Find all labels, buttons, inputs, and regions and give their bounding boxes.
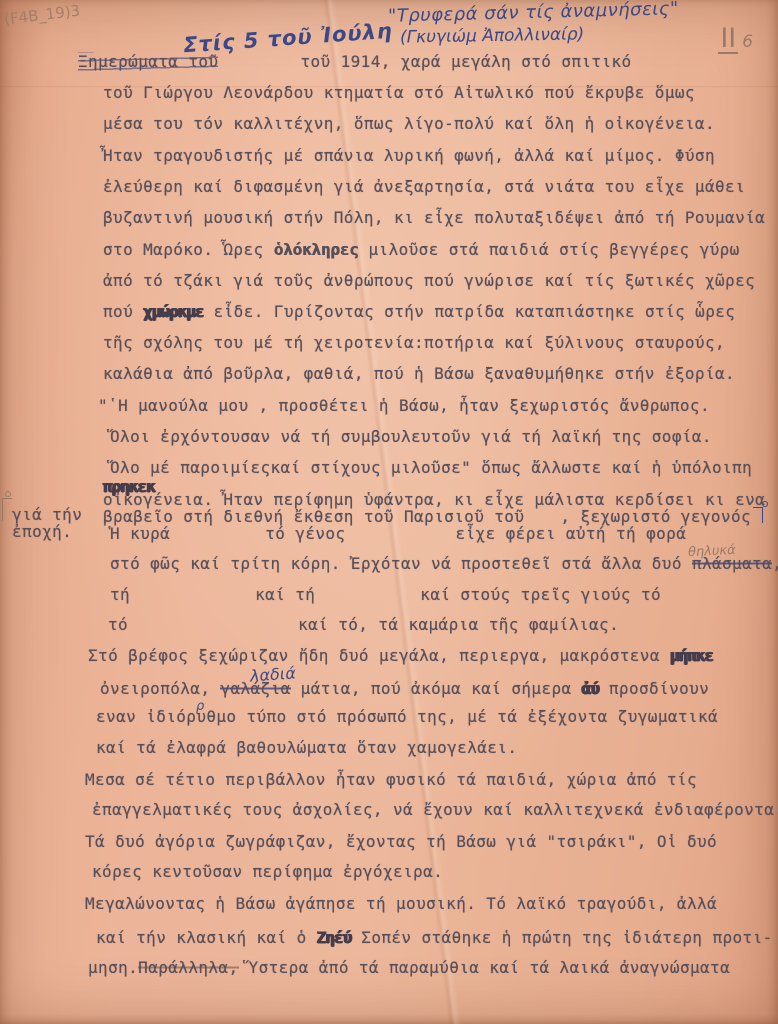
typed-segment: τή	[110, 585, 130, 604]
typed-segment: ὁλόκληρες	[274, 240, 359, 259]
typed-line-28: Τά δυό ἀγόρια ζωγράφιζαν, ἔχοντας τή Βάσ…	[85, 832, 717, 852]
typed-segment: καί τά ἐλαφρά βαθουλώματα ὅταν χαμογελάε…	[96, 738, 517, 757]
typed-segment: τό γένος	[265, 524, 345, 543]
typed-segment: Ὅλοι ἐρχόντουσαν νά τή συμβουλευτοῦν γιά…	[110, 427, 712, 446]
typed-line-32: μηση.Παράλληλα, Ὕστερα ἀπό τά παραμύθια …	[88, 958, 730, 978]
typed-line-12: "῾Η μανούλα μου , προσθέτει ἡ Βάσω, ἦταν…	[98, 396, 710, 416]
typed-segment: ἐπαγγελματικές τους ἀσχολίες, νά ἔχουν κ…	[92, 800, 778, 819]
typed-segment: ἐποχή.	[12, 522, 72, 541]
typed-line-10: τῆς σχόλης του μέ τή χειροτενία:ποτήρια …	[103, 333, 725, 353]
typed-line-13: Ὅλοι ἐρχόντουσαν νά τή συμβουλευτοῦν γιά…	[110, 427, 712, 447]
typed-line-11: καλάθια ἀπό βοῦρλα, φαθιά, πού ἡ Βάσω ξα…	[103, 364, 735, 384]
typed-segment: τοῦ 1914, χαρά μεγάλη στό σπιτικό	[300, 52, 631, 71]
typed-line-22: Στό βρέφος ξεχώριζαν ἤδη δυό μεγάλα, περ…	[88, 646, 713, 666]
typed-segment: ἐλεύθερη καί διφασμένη γιά ἀνεξαρτησία, …	[103, 177, 745, 196]
typed-line-25: καί τά ἐλαφρά βαθουλώματα ὅταν χαμογελάε…	[96, 738, 517, 758]
typed-segment: ἀύ	[582, 679, 599, 698]
typed-segment: Μεγαλώνοντας ἡ Βάσω ἀγάπησε τή μουσική. …	[85, 894, 717, 913]
typed-line-8: ἀπό τό τζάκι γιά τοῦς ἀνθρώπους πού γνώρ…	[103, 271, 755, 291]
page-number-roman: ΙΙ	[718, 25, 738, 54]
typed-line-23: ὀνειροπόλα, γαλάζια μάτια, πού ἀκόμα καί…	[100, 679, 709, 699]
typed-segment: εἶχε φέρει αὐτή τή φορά	[455, 524, 686, 543]
typed-line-29: κόρες κεντοῦσαν περίφημα ἐργόχειρα.	[92, 862, 443, 882]
typed-segment: στο Μαρόκο. Ὧρες	[103, 240, 274, 259]
archive-corner-code: (F4Β_19)3	[3, 1, 81, 28]
typed-segment: Ἦταν τραγουδιστής μέ σπάνια λυρική φωνή,…	[103, 146, 715, 165]
typed-segment: τοῦ Γιώργου Λεονάρδου κτηματία στό Αἰτωλ…	[103, 83, 695, 102]
pen-bracket-mark	[753, 507, 763, 523]
typed-segment: πλάσματα	[692, 554, 772, 573]
typed-segment: Ἡ κυρά	[110, 524, 170, 543]
typed-segment: ,	[772, 554, 778, 573]
typed-segment: τό	[108, 615, 128, 634]
typed-line-19: στό φῶς καί τρίτη κόρη. Ἐρχόταν νά προστ…	[110, 554, 778, 574]
typed-segment: εἶδε. Γυρίζοντας στήν πατρίδα καταπιάστη…	[204, 302, 736, 321]
typed-line-20: τήκαί τήκαί στούς τρεῖς γιούς τό	[110, 585, 661, 605]
page-number-mark: ΙΙ6	[698, 6, 753, 73]
typed-line-21: τόκαί τό, τά καμάρια τῆς φαμίλιας.	[108, 615, 619, 635]
typed-segment: γαλάζια	[220, 679, 290, 698]
typed-segment: βυζαντινή μουσική στήν Πόλη, κι εἶχε πολ…	[103, 208, 765, 227]
page-number-sub: 6	[742, 32, 753, 52]
pencil-margin-bracket	[2, 498, 12, 521]
typed-line-1: Ξημερώματα τοῦτοῦ 1914, χαρά μεγάλη στό …	[78, 52, 632, 72]
typed-line-31: καί τήν κλασική καί ὁ Ζηέύ Σοπέν στάθηκε…	[96, 928, 773, 948]
typed-segment: μάτια, πού ἀκόμα καί σήμερα	[291, 679, 582, 698]
typed-line-2: τοῦ Γιώργου Λεονάρδου κτηματία στό Αἰτωλ…	[103, 83, 695, 103]
typed-line-3: μέσα του τόν καλλιτέχνη, ὅπως λίγο-πολύ …	[103, 114, 715, 134]
typed-segment: Παράλληλα,	[138, 958, 238, 977]
typed-segment: καί τή	[255, 585, 315, 604]
typed-line-5: ἐλεύθερη καί διφασμένη γιά ἀνεξαρτησία, …	[103, 177, 745, 197]
typed-segment: ὀνειροπόλα,	[100, 679, 220, 698]
typed-segment: τῆς σχόλης του μέ τή χειροτενία:ποτήρια …	[103, 333, 725, 352]
typed-line-7: στο Μαρόκο. Ὧρες ὁλόκληρες μιλοῦσε στά π…	[103, 240, 740, 260]
typed-line-4: Ἦταν τραγουδιστής μέ σπάνια λυρική φωνή,…	[103, 146, 715, 166]
typed-line-9: πού χμώρκμε εἶδε. Γυρίζοντας στήν πατρίδ…	[103, 302, 735, 322]
typed-line-18: Ἡ κυράτό γένοςεἶχε φέρει αὐτή τή φορά	[110, 524, 686, 544]
handwritten-title-quote: "Τρυφερά σάν τίς ἀναμνήσεις"	[388, 0, 679, 27]
typed-segment: καλάθια ἀπό βοῦρλα, φαθιά, πού ἡ Βάσω ξα…	[103, 364, 735, 383]
typed-line-34: ἐποχή.	[12, 522, 72, 542]
typed-segment: Τά δυό ἀγόρια ζωγράφιζαν, ἔχοντας τή Βάσ…	[85, 832, 717, 851]
typed-segment: μήπκε	[670, 646, 713, 665]
typed-segment: στό φῶς καί τρίτη κόρη. Ἐρχόταν νά προστ…	[110, 554, 692, 573]
typed-segment: Στό βρέφος ξεχώριζαν ἤδη δυό μεγάλα, περ…	[88, 646, 670, 665]
typed-segment: μέσα του τόν καλλιτέχνη, ὅπως λίγο-πολύ …	[103, 114, 715, 133]
typed-segment: Ὅλο μέ παροιμίεςκαί στίχους μιλοῦσε" ὅπω…	[110, 458, 752, 477]
typed-line-26: Μεσα σέ τέτιο περιβάλλον ἦταν φυσικό τά …	[85, 770, 697, 790]
typed-line-14: Ὅλο μέ παροιμίεςκαί στίχους μιλοῦσε" ὅπω…	[110, 458, 752, 478]
typed-line-30: Μεγαλώνοντας ἡ Βάσω ἀγάπησε τή μουσική. …	[85, 894, 717, 914]
typed-segment: καί στούς τρεῖς γιούς τό	[420, 585, 661, 604]
typed-line-6: βυζαντινή μουσική στήν Πόλη, κι εἶχε πολ…	[103, 208, 765, 228]
manuscript-page: (F4Β_19)3 ΙΙ6 "Τρυφερά σάν τίς ἀναμνήσει…	[0, 0, 778, 1024]
typed-line-24: εναν ἰδιόρυθμο τύπο στό πρόσωπό της, μέ …	[96, 707, 718, 727]
typed-segment: Μεσα σέ τέτιο περιβάλλον ἦταν φυσικό τά …	[85, 770, 697, 789]
typed-segment: κόρες κεντοῦσαν περίφημα ἐργόχειρα.	[92, 862, 443, 881]
typed-segment: Σοπέν στάθηκε ἡ πρώτη της ἰδιάτερη προτι…	[351, 928, 772, 947]
typed-segment: καί τό, τά καμάρια τῆς φαμίλιας.	[298, 615, 619, 634]
handwritten-author: (Γκυγιώμ Ἀπολλιναίρ)	[400, 24, 585, 47]
typed-segment: μιλοῦσε στά παιδιά στίς βεγγέρες γύρω	[358, 240, 739, 259]
typed-segment: μηση.	[88, 958, 138, 977]
typed-segment: χμώρκμε	[143, 302, 203, 321]
typed-segment: "῾Η μανούλα μου , προσθέτει ἡ Βάσω, ἦταν…	[98, 396, 710, 415]
typed-line-27: ἐπαγγελματικές τους ἀσχολίες, νά ἔχουν κ…	[92, 800, 778, 820]
typed-segment: ἀπό τό τζάκι γιά τοῦς ἀνθρώπους πού γνώρ…	[103, 271, 755, 290]
typed-segment: πού	[103, 302, 143, 321]
typed-segment: προσδίνουν	[599, 679, 709, 698]
typed-segment: καί τήν κλασική καί ὁ	[96, 928, 317, 947]
typed-segment: Ὕστερα ἀπό τά παραμύθια καί τά λαικά ἀνα…	[239, 958, 731, 977]
typed-segment: Ξημερώματα τοῦ	[78, 52, 218, 71]
typed-segment: Ζηέύ	[317, 928, 352, 947]
typed-segment: εναν ἰδιόρυθμο τύπο στό πρόσωπό της, μέ …	[96, 707, 718, 726]
